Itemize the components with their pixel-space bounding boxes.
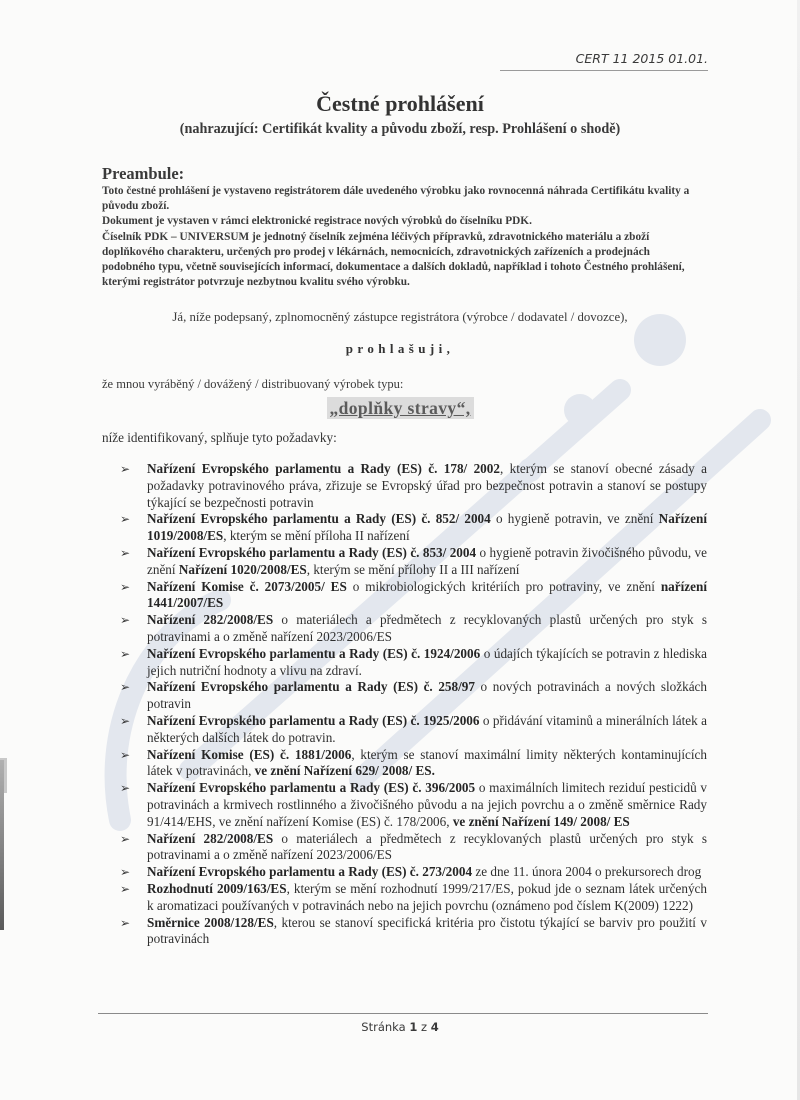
regulation-reference: Nařízení Evropského parlamentu a Rady (E… <box>147 864 472 879</box>
regulation-item: ➢Nařízení Evropského parlamentu a Rady (… <box>120 545 707 579</box>
preamble-paragraph: Číselník PDK – UNIVERSUM je jednotný čís… <box>102 230 702 291</box>
document-page: CERT 11 2015 01.01. Čestné prohlášení (n… <box>0 0 800 1100</box>
page-prefix: Stránka <box>361 1020 405 1034</box>
regulation-item: ➢Nařízení Evropského parlamentu a Rady (… <box>120 461 707 511</box>
regulation-item: ➢Nařízení Evropského parlamentu a Rady (… <box>120 864 707 881</box>
page-separator: z <box>421 1020 427 1034</box>
regulation-reference: Nařízení Evropského parlamentu a Rady (E… <box>147 713 479 728</box>
regulation-reference: ve znění Nařízení 149/ 2008/ ES <box>453 814 630 829</box>
regulation-description: , kterým se mění přílohy II a III naříze… <box>307 562 520 577</box>
preamble-heading: Preambule: <box>102 164 184 184</box>
regulation-reference: Nařízení 282/2008/ES <box>147 612 273 627</box>
page-number: Stránka 1 z 4 <box>0 1020 800 1034</box>
preamble-paragraph: Toto čestné prohlášení je vystaveno regi… <box>102 184 702 214</box>
arrow-bullet-icon: ➢ <box>120 747 130 764</box>
regulation-item: ➢Nařízení Evropského parlamentu a Rady (… <box>120 713 707 747</box>
regulation-description: o mikrobiologických kritériích pro potra… <box>347 579 661 594</box>
declaration-intro: Já, níže podepsaný, zplnomocněný zástupc… <box>0 310 800 325</box>
regulation-reference: Nařízení Evropského parlamentu a Rady (E… <box>147 780 475 795</box>
regulation-item: ➢Směrnice 2008/128/ES, kterou se stanoví… <box>120 915 707 949</box>
scan-edge-artifact <box>0 760 4 930</box>
product-type: „doplňky stravy“, <box>327 397 474 419</box>
arrow-bullet-icon: ➢ <box>120 713 130 730</box>
declaration-verb: prohlašuji, <box>0 341 800 357</box>
regulation-reference: Nařízení 1020/2008/ES <box>179 562 307 577</box>
regulation-reference: Nařízení Evropského parlamentu a Rady (E… <box>147 679 475 694</box>
arrow-bullet-icon: ➢ <box>120 511 130 528</box>
page-current: 1 <box>409 1020 417 1034</box>
regulation-reference: Nařízení 282/2008/ES <box>147 831 273 846</box>
preamble-body: Toto čestné prohlášení je vystaveno regi… <box>102 184 702 290</box>
footer-rule <box>98 1013 708 1014</box>
regulation-reference: Nařízení Komise (ES) č. 1881/2006 <box>147 747 351 762</box>
regulation-description: , kterým se mění příloha II nařízení <box>223 528 409 543</box>
page-total: 4 <box>431 1020 439 1034</box>
regulation-item: ➢Nařízení 282/2008/ES o materiálech a př… <box>120 612 707 646</box>
arrow-bullet-icon: ➢ <box>120 780 130 797</box>
arrow-bullet-icon: ➢ <box>120 679 130 696</box>
arrow-bullet-icon: ➢ <box>120 881 130 898</box>
regulation-reference: Nařízení Evropského parlamentu a Rady (E… <box>147 545 476 560</box>
regulation-reference: Směrnice 2008/128/ES <box>147 915 274 930</box>
declaration-type-line: že mnou vyráběný / dovážený / distribuov… <box>102 377 403 392</box>
arrow-bullet-icon: ➢ <box>120 864 130 881</box>
regulation-item: ➢Nařízení Evropského parlamentu a Rady (… <box>120 780 707 830</box>
regulation-reference: ve znění Nařízení 629/ 2008/ ES. <box>255 763 435 778</box>
arrow-bullet-icon: ➢ <box>120 831 130 848</box>
regulation-reference: Nařízení Evropského parlamentu a Rady (E… <box>147 646 480 661</box>
regulation-reference: Nařízení Komise č. 2073/2005/ ES <box>147 579 347 594</box>
regulation-reference: Rozhodnutí 2009/163/ES <box>147 881 287 896</box>
document-code: CERT 11 2015 01.01. <box>576 51 708 66</box>
regulation-item: ➢Nařízení Evropského parlamentu a Rady (… <box>120 679 707 713</box>
regulation-item: ➢Nařízení Komise (ES) č. 1881/2006, kter… <box>120 747 707 781</box>
header-rule <box>500 70 708 71</box>
document-title: Čestné prohlášení <box>0 91 800 117</box>
arrow-bullet-icon: ➢ <box>120 646 130 663</box>
regulation-reference: Nařízení Evropského parlamentu a Rady (E… <box>147 461 500 476</box>
document-subtitle: (nahrazující: Certifikát kvality a původ… <box>0 121 800 138</box>
regulation-description: ze dne 11. února 2004 o prekursorech dro… <box>472 864 701 879</box>
arrow-bullet-icon: ➢ <box>120 545 130 562</box>
regulation-description: o hygieně potravin, ve znění <box>491 511 659 526</box>
requirements-line: níže identifikovaný, splňuje tyto požada… <box>102 430 337 446</box>
product-type-container: „doplňky stravy“, <box>0 397 800 419</box>
regulation-item: ➢Nařízení Evropského parlamentu a Rady (… <box>120 511 707 545</box>
regulation-item: ➢Nařízení Komise č. 2073/2005/ ES o mikr… <box>120 579 707 613</box>
arrow-bullet-icon: ➢ <box>120 915 130 932</box>
regulations-list: ➢Nařízení Evropského parlamentu a Rady (… <box>120 461 707 948</box>
regulation-item: ➢Nařízení Evropského parlamentu a Rady (… <box>120 646 707 680</box>
regulation-item: ➢Rozhodnutí 2009/163/ES, kterým se mění … <box>120 881 707 915</box>
regulation-reference: Nařízení Evropského parlamentu a Rady (E… <box>147 511 491 526</box>
arrow-bullet-icon: ➢ <box>120 612 130 629</box>
arrow-bullet-icon: ➢ <box>120 461 130 478</box>
preamble-paragraph: Dokument je vystaven v rámci elektronick… <box>102 214 702 229</box>
arrow-bullet-icon: ➢ <box>120 579 130 596</box>
regulation-item: ➢Nařízení 282/2008/ES o materiálech a př… <box>120 831 707 865</box>
